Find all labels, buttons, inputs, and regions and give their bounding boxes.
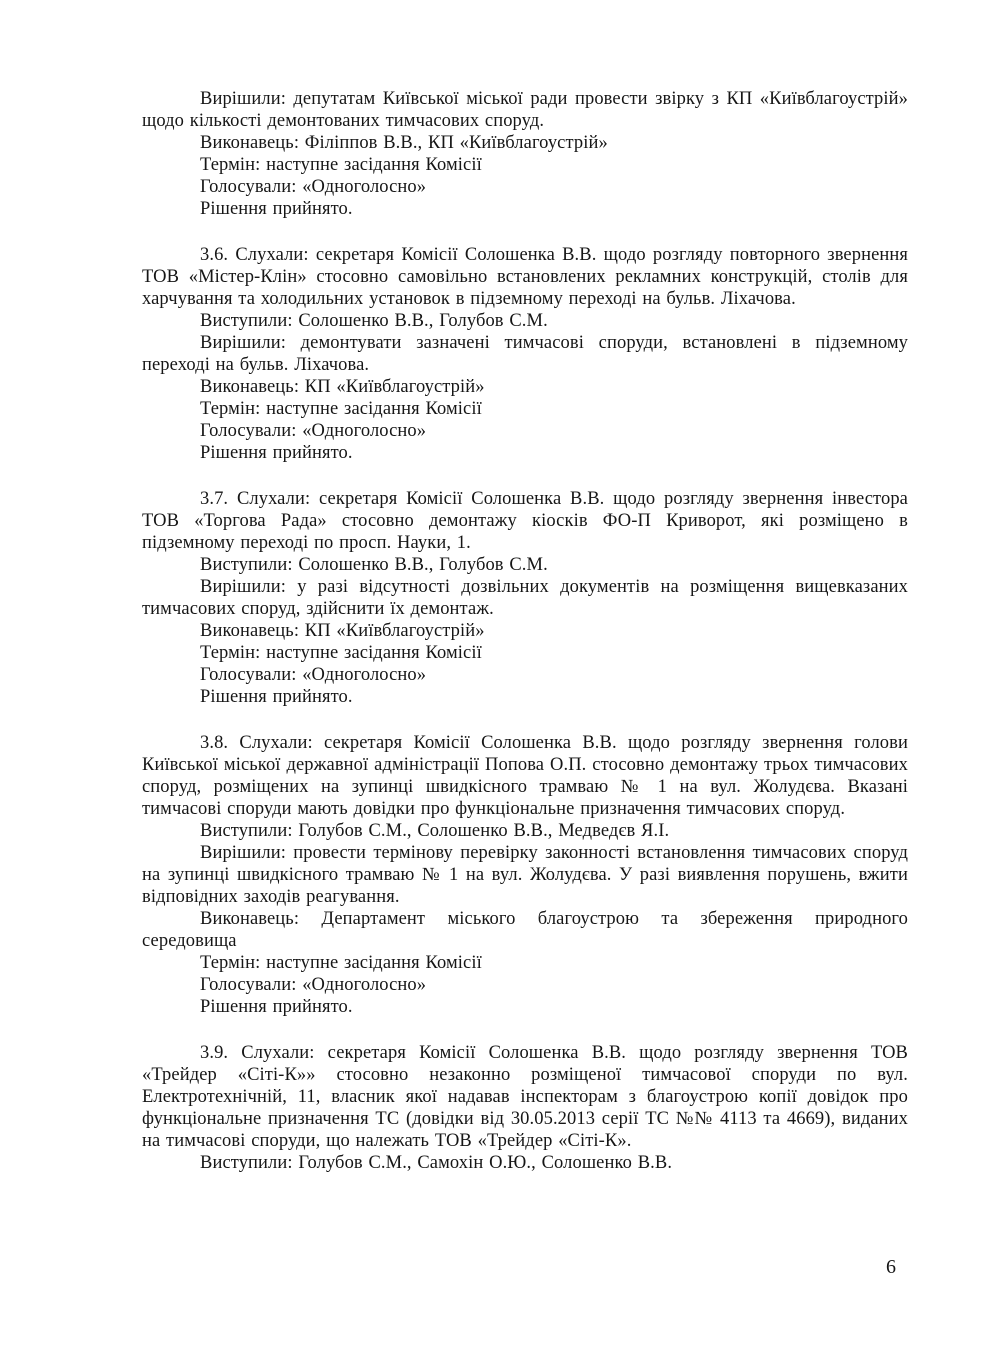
paragraph: Голосували: «Одноголосно»: [142, 664, 908, 686]
section-3-7: 3.7. Слухали: секретаря Комісії Солошенк…: [142, 488, 908, 708]
section-3-9: 3.9. Слухали: секретаря Комісії Солошенк…: [142, 1042, 908, 1174]
paragraph: Виконавець: Філіппов В.В., КП «Київблаго…: [142, 132, 908, 154]
paragraph: Виступили: Голубов С.М., Самохін О.Ю., С…: [142, 1152, 908, 1174]
paragraph: 3.8. Слухали: секретаря Комісії Солошенк…: [142, 732, 908, 820]
paragraph: Голосували: «Одноголосно»: [142, 974, 908, 996]
paragraph: Вирішили: провести термінову перевірку з…: [142, 842, 908, 908]
paragraph: 3.9. Слухали: секретаря Комісії Солошенк…: [142, 1042, 908, 1152]
paragraph: 3.6. Слухали: секретаря Комісії Солошенк…: [142, 244, 908, 310]
paragraph: Вирішили: депутатам Київської міської ра…: [142, 88, 908, 132]
page-number: 6: [886, 1255, 896, 1279]
paragraph: Термін: наступне засідання Комісії: [142, 642, 908, 664]
paragraph: Рішення прийнято.: [142, 198, 908, 220]
paragraph: Виконавець: КП «Київблагоустрій»: [142, 376, 908, 398]
paragraph: Термін: наступне засідання Комісії: [142, 952, 908, 974]
document-content: Вирішили: депутатам Київської міської ра…: [142, 88, 908, 1174]
paragraph: 3.7. Слухали: секретаря Комісії Солошенк…: [142, 488, 908, 554]
section-3-8: 3.8. Слухали: секретаря Комісії Солошенк…: [142, 732, 908, 1018]
paragraph: Виконавець: Департамент міського благоус…: [142, 908, 908, 952]
scanned-document-page: Вирішили: депутатам Київської міської ра…: [0, 0, 1000, 1364]
paragraph: Голосували: «Одноголосно»: [142, 176, 908, 198]
paragraph: Термін: наступне засідання Комісії: [142, 398, 908, 420]
paragraph: Виконавець: КП «Київблагоустрій»: [142, 620, 908, 642]
section-resolution-continuation: Вирішили: депутатам Київської міської ра…: [142, 88, 908, 220]
paragraph: Термін: наступне засідання Комісії: [142, 154, 908, 176]
paragraph: Виступили: Солошенко В.В., Голубов С.М.: [142, 310, 908, 332]
paragraph: Рішення прийнято.: [142, 996, 908, 1018]
paragraph: Виступили: Солошенко В.В., Голубов С.М.: [142, 554, 908, 576]
paragraph: Голосували: «Одноголосно»: [142, 420, 908, 442]
paragraph: Вирішили: у разі відсутності дозвільних …: [142, 576, 908, 620]
paragraph: Вирішили: демонтувати зазначені тимчасов…: [142, 332, 908, 376]
paragraph: Рішення прийнято.: [142, 686, 908, 708]
paragraph: Виступили: Голубов С.М., Солошенко В.В.,…: [142, 820, 908, 842]
paragraph: Рішення прийнято.: [142, 442, 908, 464]
section-3-6: 3.6. Слухали: секретаря Комісії Солошенк…: [142, 244, 908, 464]
